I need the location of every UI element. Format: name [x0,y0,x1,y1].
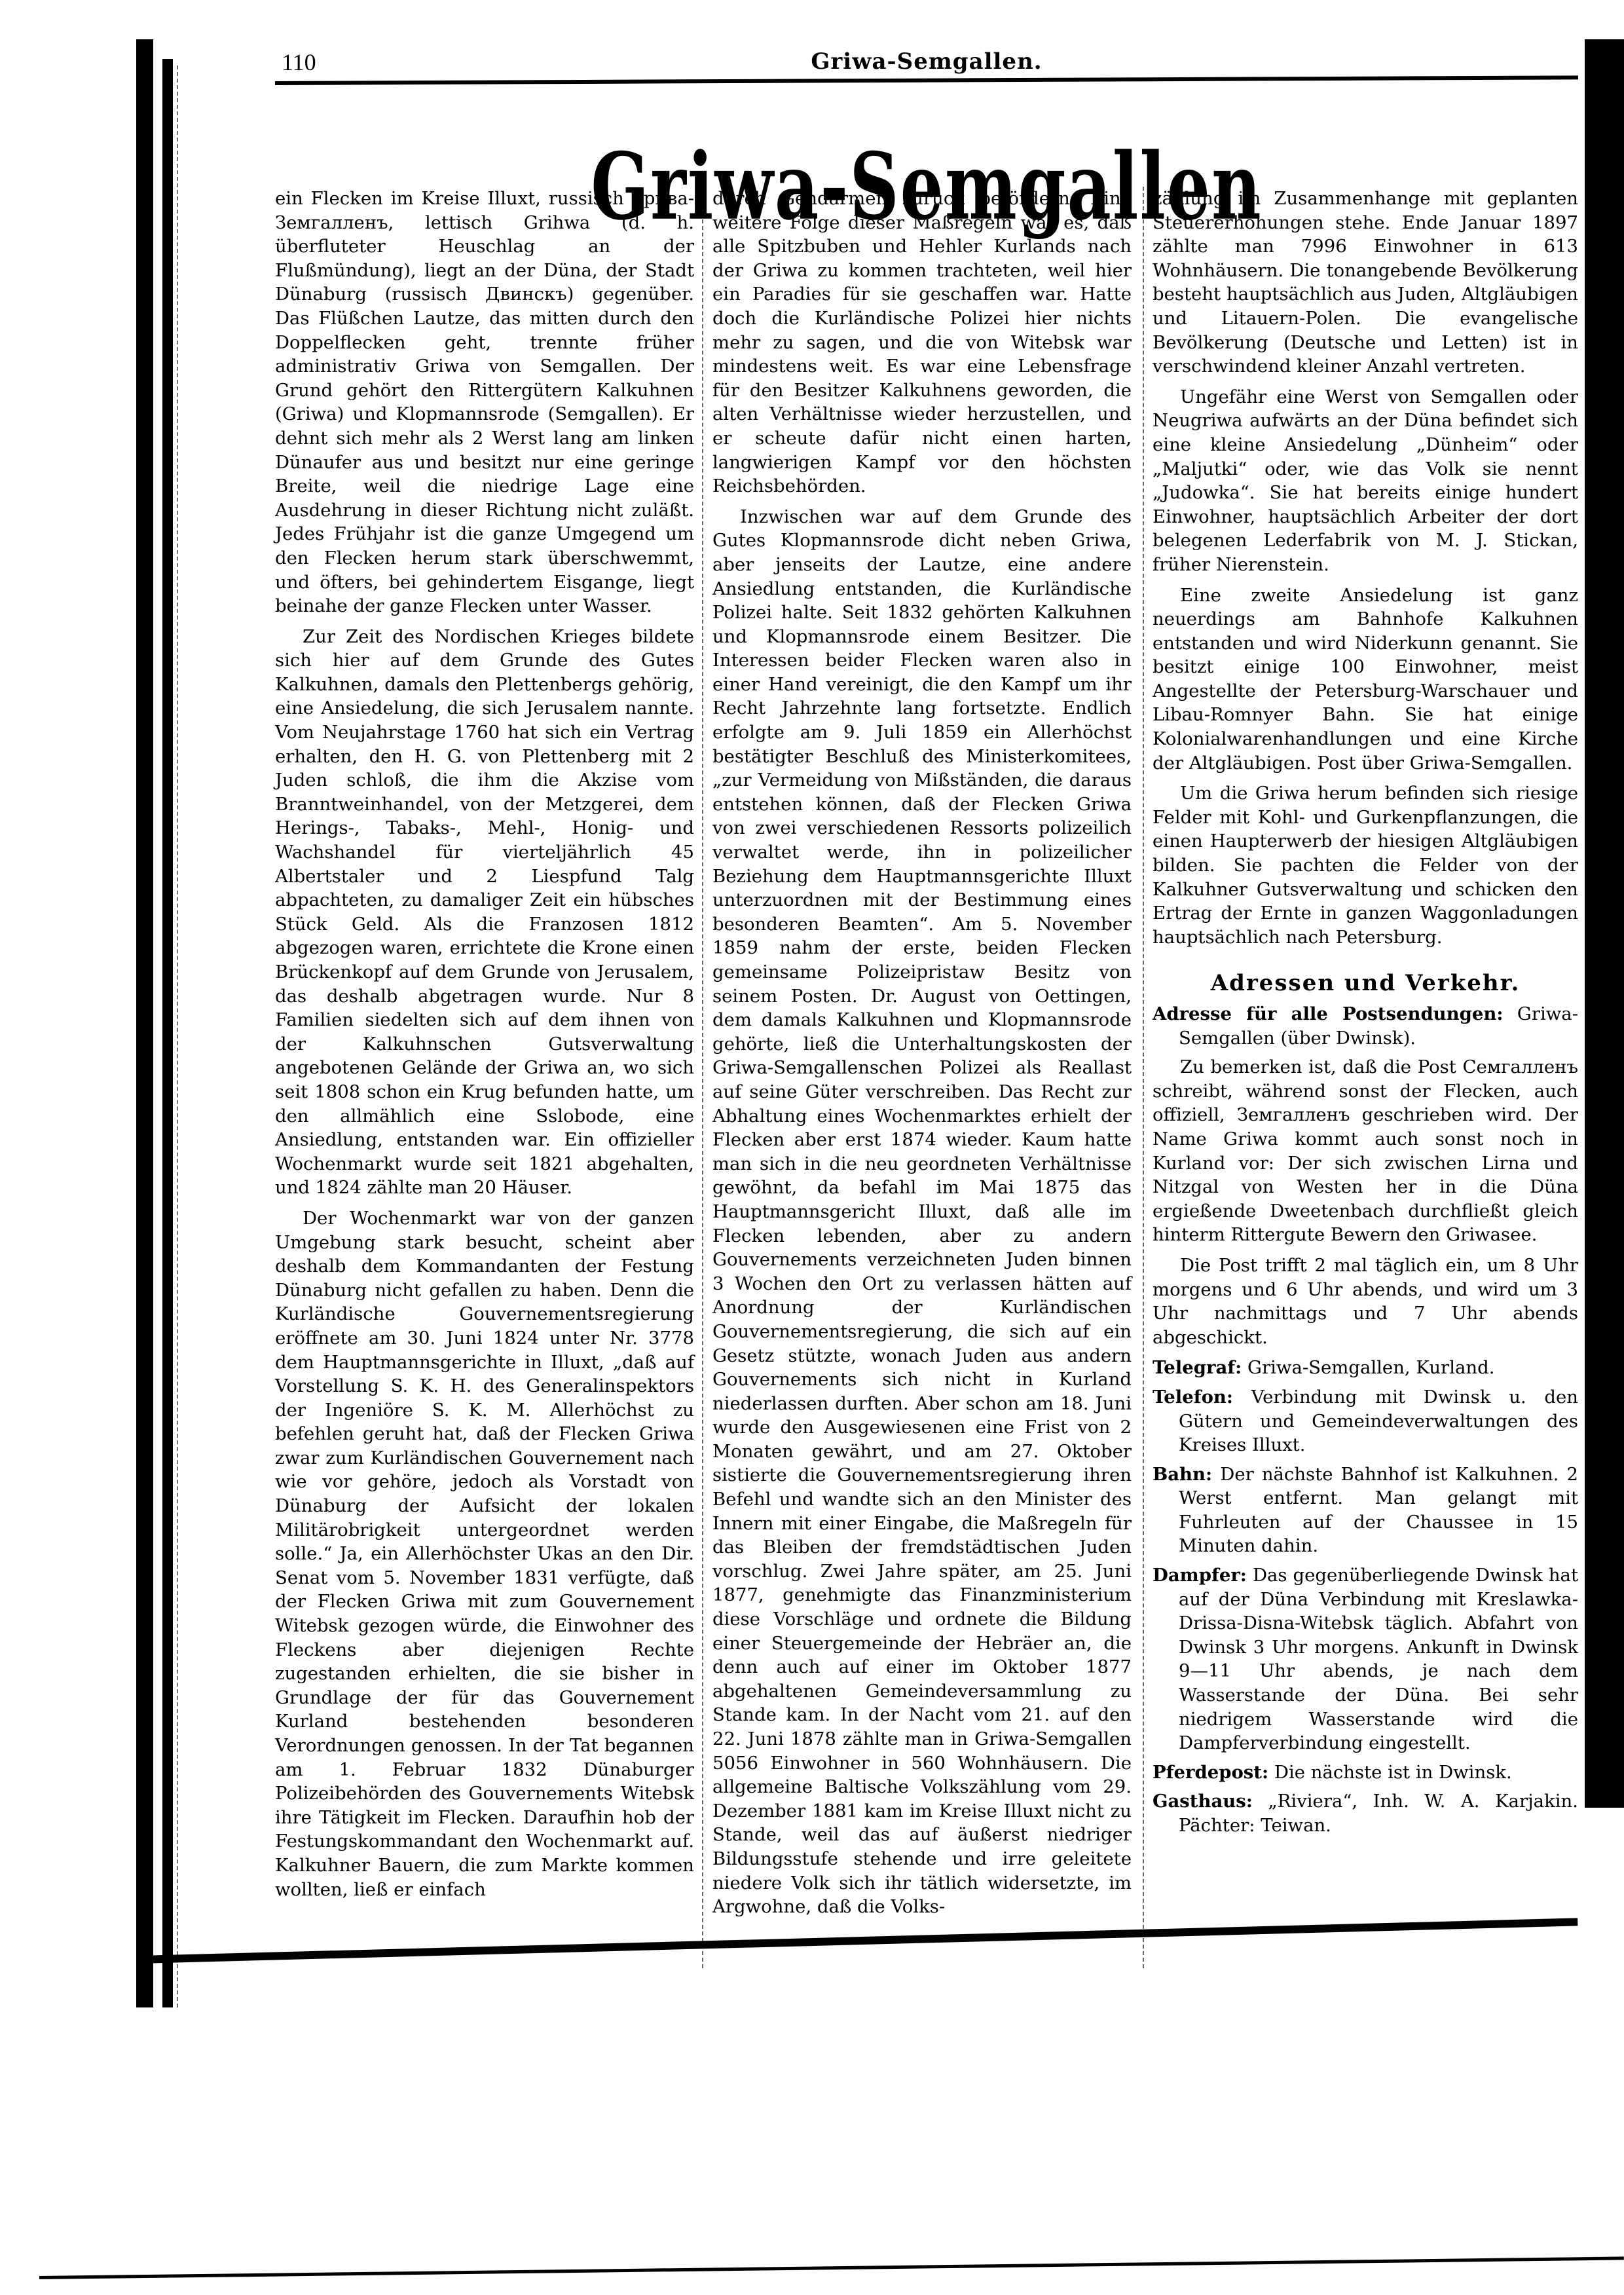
entry-text: Verbindung mit Dwinsk u. den Gütern und … [1179,1387,1578,1455]
running-head: Griwa-Semgallen. [275,48,1578,75]
scan-noise [177,65,204,2007]
entry-bahn: Bahn: Der nächste Bahnhof ist Kalkuhnen.… [1153,1463,1578,1558]
text-columns: ein Flecken im Kreise Illuxt, russisch Г… [275,187,1585,1955]
entry-label: Bahn: [1153,1464,1212,1485]
scan-shadow-band [162,59,173,2007]
section-heading: Adressen und Verkehr. [1153,971,1578,996]
entry-label: Dampfer: [1153,1565,1247,1586]
column-2: durch Gendarmen zurück befördern. Eine w… [712,187,1132,1926]
entry-text: Das gegenüberliegende Dwinsk hat auf der… [1179,1565,1578,1753]
entry-dampfer: Dampfer: Das gegenüberliegende Dwinsk ha… [1153,1563,1578,1755]
entry-label: Telefon: [1153,1387,1233,1408]
paragraph: Zur Zeit des Nordischen Krieges bildete … [275,625,694,1200]
entry-label: Adresse für alle Postsendungen: [1153,1003,1504,1024]
paragraph: Um die Griwa herum befinden sich riesige… [1153,781,1578,949]
paragraph: durch Gendarmen zurück befördern. Eine w… [712,187,1132,498]
scan-shadow-band [136,39,153,2007]
entry-label: Telegraf: [1153,1357,1242,1378]
scan-edge-left [98,13,210,2007]
paragraph: ein Flecken im Kreise Illuxt, russisch Г… [275,187,694,618]
entry-text: Griwa-Semgallen, Kurland. [1247,1357,1494,1378]
scan-edge-right [1585,39,1624,1808]
entry-post-times: Die Post trifft 2 mal täglich ein, um 8 … [1153,1254,1578,1349]
column-3: zählung im Zusammenhange mit geplanten S… [1153,187,1578,1843]
column-1: ein Flecken im Kreise Illuxt, russisch Г… [275,187,694,1908]
entry-gasthaus: Gasthaus: „Riviera“, Inh. W. A. Karjakin… [1153,1789,1578,1837]
entry-note: Zu bemerken ist, daß die Post Семгалленъ… [1153,1055,1578,1247]
entry-telegraf: Telegraf: Griwa-Semgallen, Kurland. [1153,1356,1578,1380]
column-divider [702,187,703,1968]
scan-bottom-edge [39,2256,1624,2279]
entry-label: Gasthaus: [1153,1791,1253,1812]
entry-pferdepost: Pferdepost: Die nächste ist in Dwinsk. [1153,1761,1578,1785]
paragraph: Ungefähr eine Werst von Semgallen oder N… [1153,385,1578,577]
column-divider [1143,187,1144,1968]
paragraph: Der Wochenmarkt war von der ganzen Umgeb… [275,1206,694,1901]
entry-label: Pferdepost: [1153,1762,1268,1783]
entry-text: Die nächste ist in Dwinsk. [1274,1762,1512,1783]
paragraph: Inzwischen war auf dem Grunde des Gutes … [712,505,1132,1919]
paragraph: zählung im Zusammenhange mit geplanten S… [1153,187,1578,379]
entry-text: Der nächste Bahnhof ist Kalkuhnen. 2 Wer… [1179,1464,1578,1557]
paragraph: Eine zweite Ansiedelung ist ganz neuerdi… [1153,584,1578,775]
entry-telefon: Telefon: Verbindung mit Dwinsk u. den Gü… [1153,1385,1578,1457]
entry-postal-address: Adresse für alle Postsendungen: Griwa-Se… [1153,1002,1578,1050]
page-header: 110 Griwa-Semgallen. [275,46,1578,79]
